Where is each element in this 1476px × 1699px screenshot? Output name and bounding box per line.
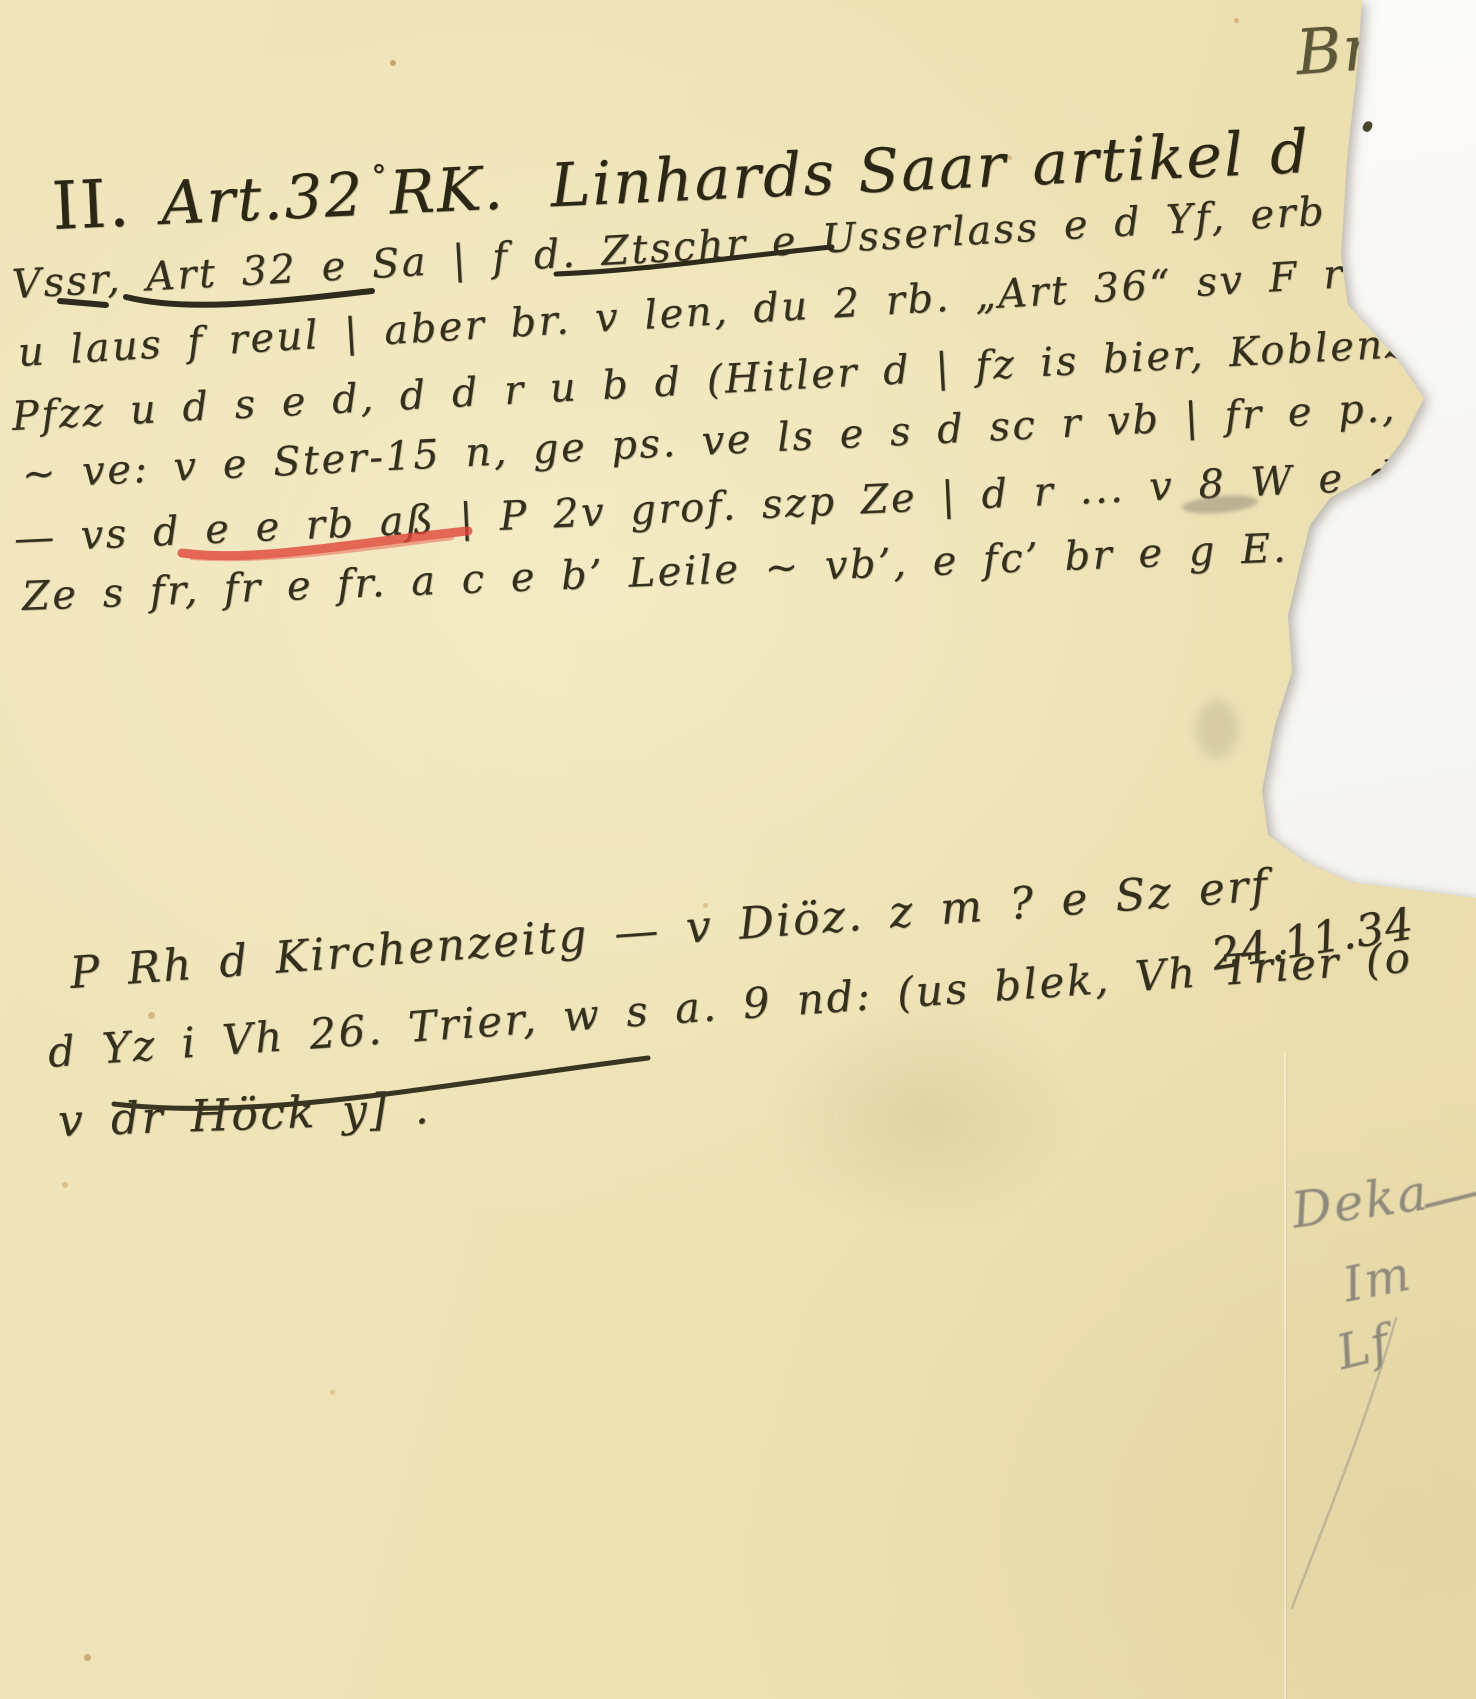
corner-mark: Br xyxy=(1293,11,1375,89)
heading-name: Linhards xyxy=(549,138,838,221)
kirchenzeitung-line-3: v dr Höck y] . xyxy=(57,1083,432,1147)
foxing-speck xyxy=(84,1654,91,1661)
pencil-smudge xyxy=(1196,700,1238,758)
foxing-speck xyxy=(1008,156,1012,160)
pencil-smudge xyxy=(1370,677,1447,717)
pencil-note-deka: Deka xyxy=(1288,1163,1433,1240)
heading-rk: RK. xyxy=(388,153,506,228)
pencil-note-im: Im xyxy=(1339,1245,1417,1313)
heading-article-sup: ° xyxy=(371,159,390,195)
foxing-speck xyxy=(148,1012,155,1019)
paper-crease xyxy=(1284,1052,1286,1699)
paper-shadow-wrap: Br II.Art.32°RK.LinhardsSaar artikel d V… xyxy=(0,0,1476,1699)
foxing-speck xyxy=(1234,18,1239,23)
paper-stain xyxy=(770,1000,1080,1230)
foxing-speck xyxy=(62,1182,68,1188)
foxing-speck xyxy=(390,60,396,66)
foxing-speck xyxy=(330,1390,335,1395)
heading-article: Art.32 xyxy=(160,160,367,239)
pencil-note-lf: Lf xyxy=(1331,1314,1397,1381)
heading-numeral: II. xyxy=(50,164,133,245)
manuscript-paper: Br II.Art.32°RK.LinhardsSaar artikel d V… xyxy=(0,0,1476,1699)
manuscript-scan: Br II.Art.32°RK.LinhardsSaar artikel d V… xyxy=(0,0,1476,1699)
foxing-speck xyxy=(703,903,708,908)
